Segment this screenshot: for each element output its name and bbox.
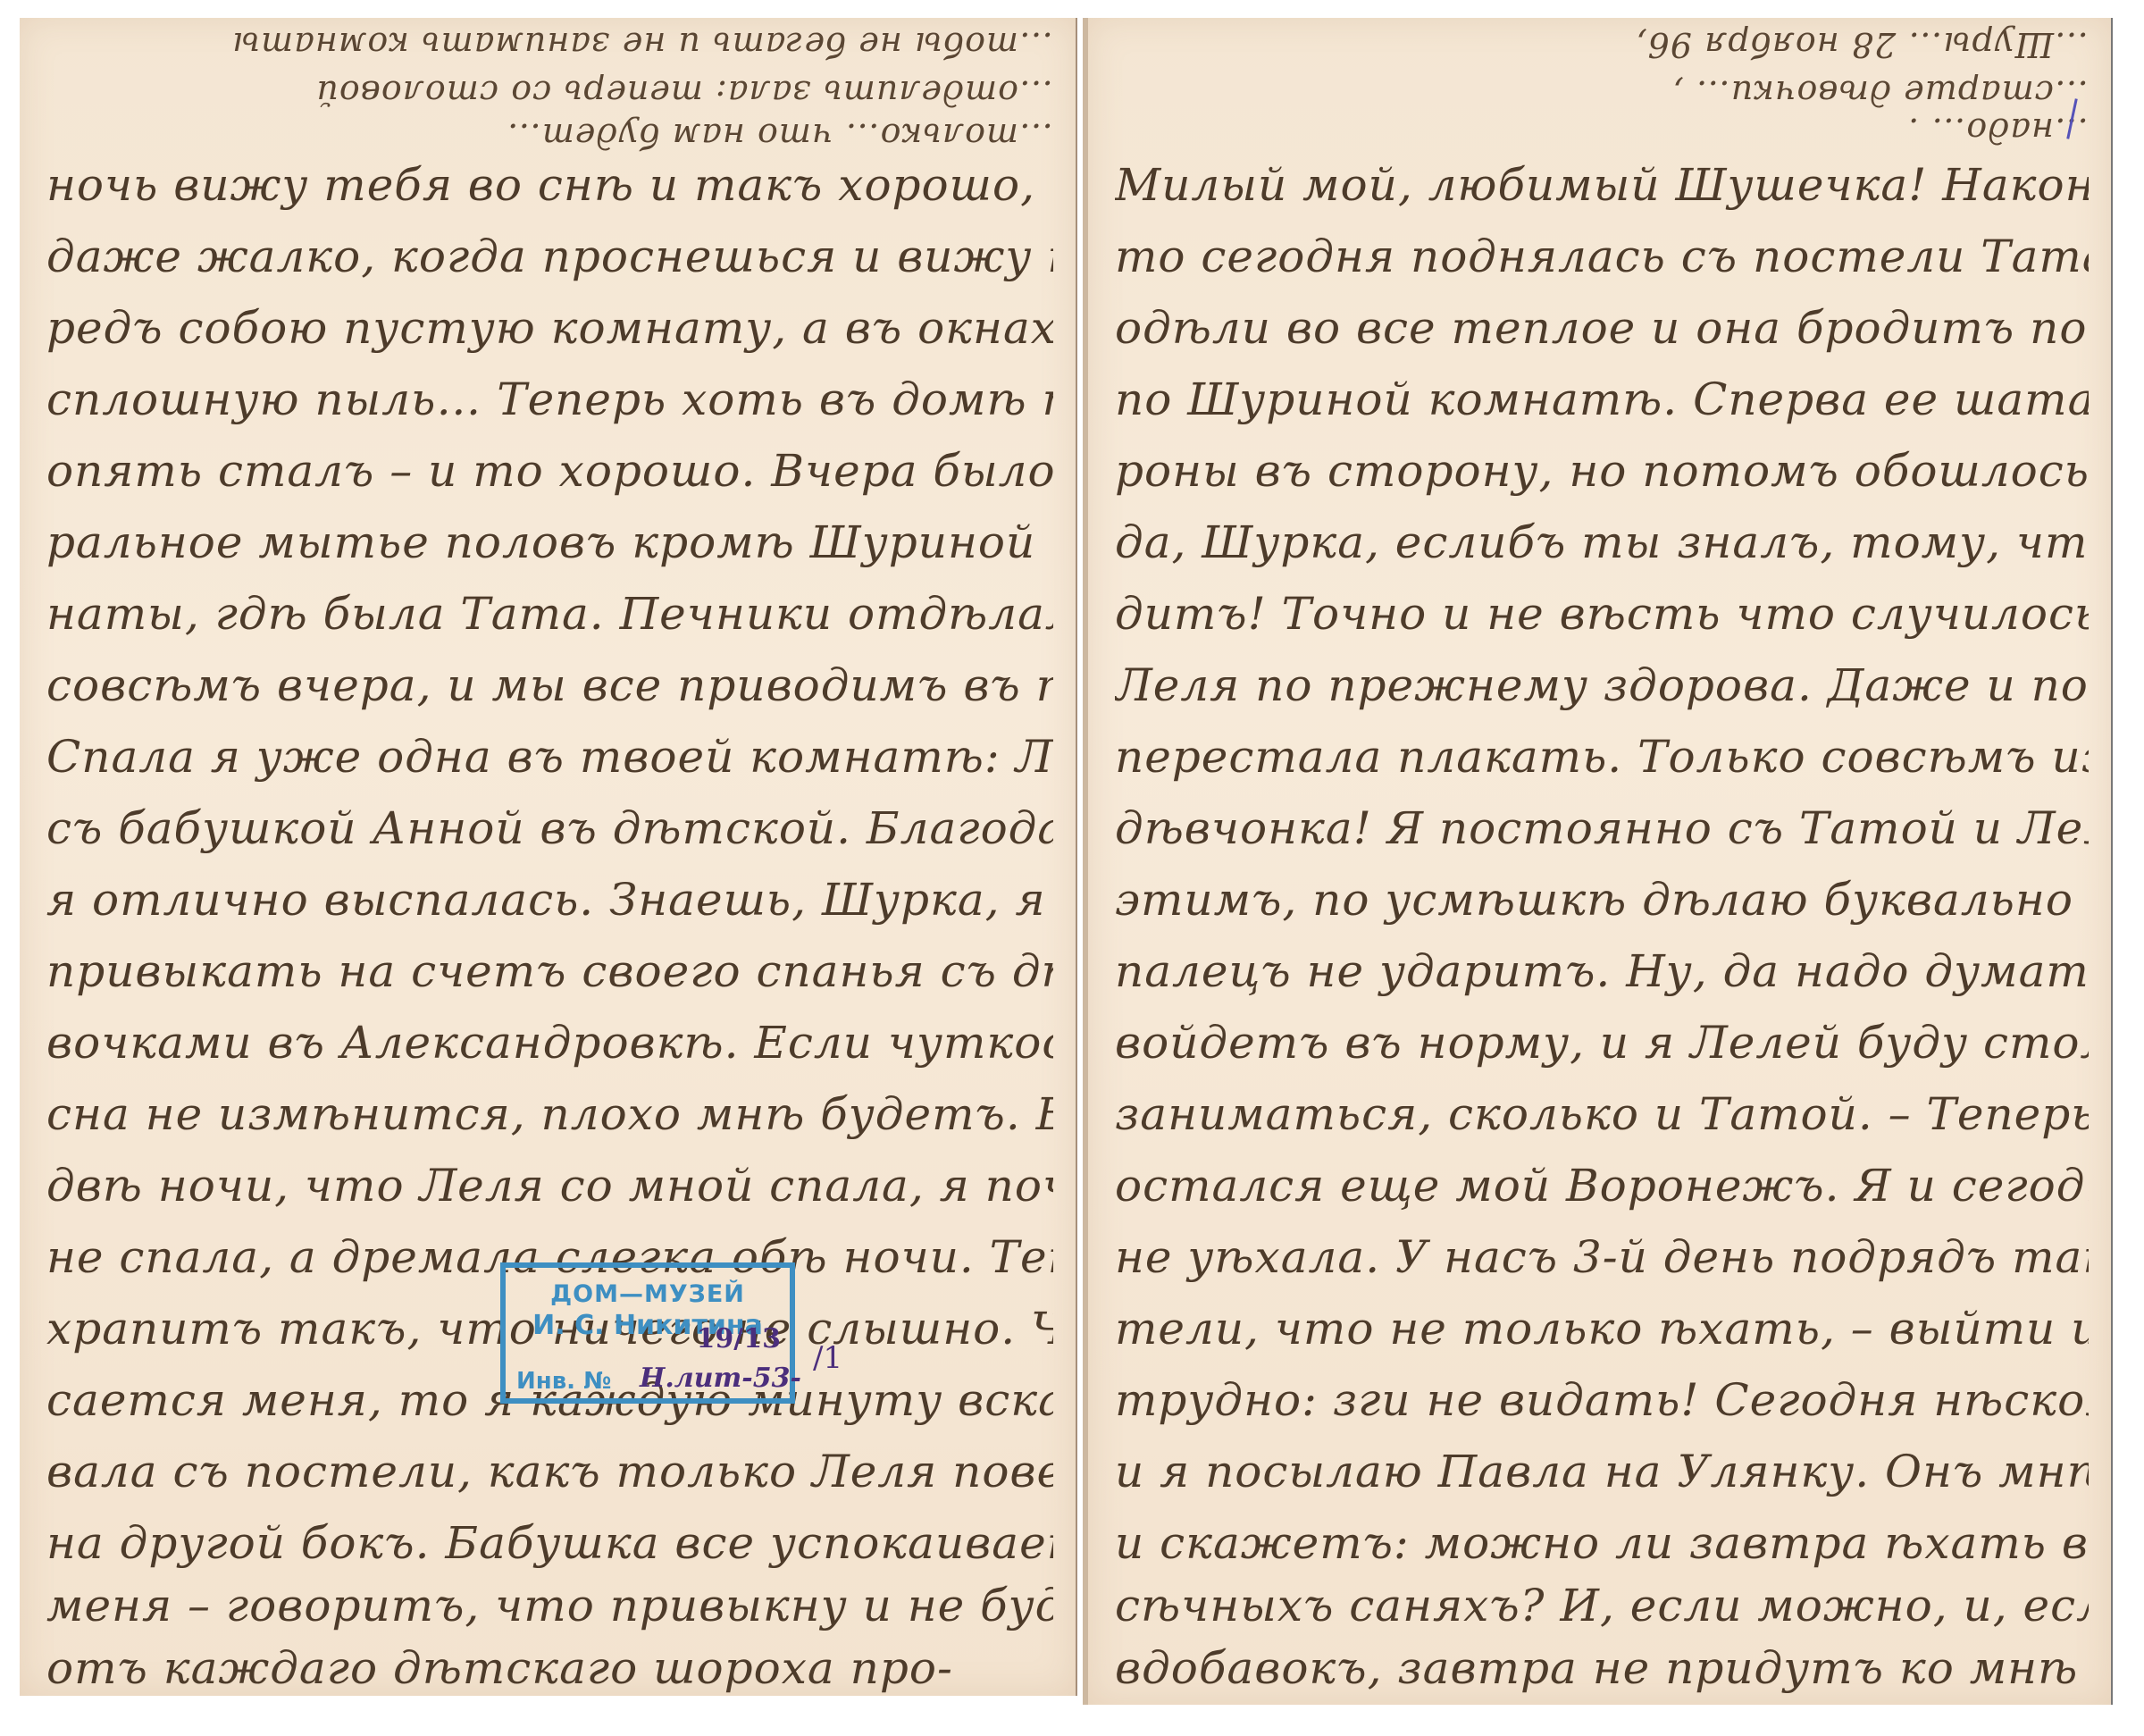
- museum-stamp: ДОМ—МУЗЕЙ И. С. Никитина Инв. № Н.лит-53…: [500, 1262, 795, 1404]
- handwritten-line: не уѣхала. У насъ 3-й день подрядъ такія…: [1115, 1231, 2089, 1283]
- stamp-inventory-number: Н.лит-53-: [640, 1363, 801, 1394]
- handwritten-line: сѣчныхъ саняхъ? И, если можно, и, если: [1115, 1580, 2089, 1631]
- handwritten-line: да, Шурка, еслибъ ты зналъ, тому, что Та…: [1115, 516, 2089, 568]
- left-page-text: …тобы не бегать и не занимать комнаты …о…: [20, 18, 1076, 1696]
- handwritten-line: наты, гдѣ была Тата. Печники отдѣлались: [46, 588, 1053, 640]
- page-number-mark: /1: [813, 1340, 842, 1376]
- handwritten-line: редъ собою пустую комнату, а въ окнахъ о…: [46, 302, 1053, 354]
- handwritten-line: ральное мытье половъ кромѣ Шуриной ком-: [46, 516, 1053, 568]
- handwritten-line: Леля по прежнему здорова. Даже и по нога…: [1115, 659, 2089, 711]
- handwritten-line: я отлично выспалась. Знаешь, Шурка, я ст…: [46, 874, 1053, 926]
- handwritten-line: вочками въ Александровкѣ. Если чуткость …: [46, 1017, 1053, 1069]
- handwritten-line: вала съ постели, какъ только Леля поверн…: [46, 1446, 1053, 1497]
- handwritten-line: этимъ, по усмѣшкѣ дѣлаю буквально палецъ…: [1115, 874, 2089, 926]
- handwritten-line: перестала плакать. Только совсѣмъ избало…: [1115, 731, 2089, 783]
- handwritten-line: сна не измѣнится, плохо мнѣ будетъ. Вотъ…: [46, 1088, 1053, 1140]
- handwritten-line: тели, что не только ѣхать, – выйти изъ д…: [1115, 1303, 2089, 1354]
- upside-down-line: …надо… .: [1115, 111, 2089, 150]
- handwritten-line: дитъ! Точно и не вѣсть что случилось.: [1115, 588, 2089, 640]
- handwritten-line: одѣли во все теплое и она бродитъ по зал…: [1115, 302, 2089, 354]
- handwritten-line: сплошную пыль… Теперь хоть въ домѣ поряд…: [46, 373, 1053, 425]
- handwritten-line: и я посылаю Павла на Улянку. Онъ мнѣ: [1115, 1446, 2089, 1497]
- stamp-museum-name: ДОМ—МУЗЕЙ: [506, 1280, 790, 1308]
- handwritten-line: Милый мой, любимый Шушечка! Наконецъ: [1115, 159, 2089, 211]
- upside-down-line: …Шуры… 28 ноября 96,: [1115, 25, 2089, 64]
- handwritten-line: роны въ сторону, но потомъ обошлось. Как…: [1115, 445, 2089, 497]
- handwritten-line: совсѣмъ вчера, и мы все приводимъ въ пор…: [46, 659, 1053, 711]
- handwritten-line: Спала я уже одна въ твоей комнатѣ: Леля: [46, 731, 1053, 783]
- handwritten-line: привыкать на счетъ своего спанья съ дѣ-: [46, 945, 1053, 997]
- letter-right-page: …Шуры… 28 ноября 96, …старше дѣвочки… , …: [1083, 18, 2113, 1705]
- upside-down-line: …старше дѣвочки… ,: [1115, 73, 2089, 113]
- upside-down-line: …тобы не бегать и не занимать комнаты: [46, 25, 1053, 64]
- handwritten-line: опять сталъ – и то хорошо. Вчера было ге…: [46, 445, 1053, 497]
- stamp-inventory-label: Инв. №: [516, 1368, 611, 1395]
- handwritten-line: вдобавокъ, завтра не придутъ ко мнѣ р-ли…: [1115, 1642, 2089, 1694]
- stamp-inventory-suffix: 19/13: [697, 1323, 781, 1354]
- handwritten-line: заниматься, сколько и Татой. – Теперь во…: [1115, 1088, 2089, 1140]
- handwritten-line: съ бабушкой Анной въ дѣтской. Благодаря …: [46, 802, 1053, 854]
- handwritten-line: палецъ не ударитъ. Ну, да надо думать, в…: [1115, 945, 2089, 997]
- handwritten-line: по Шуриной комнатѣ. Сперва ее шатало изъ…: [1115, 373, 2089, 425]
- handwritten-line: двѣ ночи, что Леля со мной спала, я почт…: [46, 1160, 1053, 1212]
- handwritten-line: отъ каждаго дѣтскаго шороха про-: [46, 1642, 1053, 1694]
- handwritten-line: меня – говоритъ, что привыкну и не буду: [46, 1580, 1053, 1631]
- handwritten-line: войдетъ въ норму, и я Лелей буду столько…: [1115, 1017, 2089, 1069]
- handwritten-line: ночь вижу тебя во снѣ и такъ хорошо, что: [46, 159, 1053, 211]
- handwritten-line: остался еще мой Воронежъ. Я и сегодня (ч…: [1115, 1160, 2089, 1212]
- handwritten-line: даже жалко, когда проснешься и вижу пе-: [46, 231, 1053, 282]
- upside-down-line: …только… что нам будет…: [46, 116, 1053, 155]
- upside-down-line: …отделить зала: теперь со столовой: [46, 73, 1053, 113]
- letter-left-page: …тобы не бегать и не занимать комнаты …о…: [20, 18, 1077, 1696]
- handwritten-line: дѣвчонка! Я постоянно съ Татой и Лелей, …: [1115, 802, 2089, 854]
- handwritten-line: то сегодня поднялась съ постели Тата! Мы…: [1115, 231, 2089, 282]
- right-page-text: …Шуры… 28 ноября 96, …старше дѣвочки… , …: [1088, 18, 2111, 1705]
- handwritten-line: и скажетъ: можно ли завтра ѣхать въ про-: [1115, 1517, 2089, 1569]
- handwritten-line: на другой бокъ. Бабушка все успокаиваетъ: [46, 1517, 1053, 1569]
- handwritten-line: трудно: зги не видать! Сегодня нѣсколько…: [1115, 1374, 2089, 1426]
